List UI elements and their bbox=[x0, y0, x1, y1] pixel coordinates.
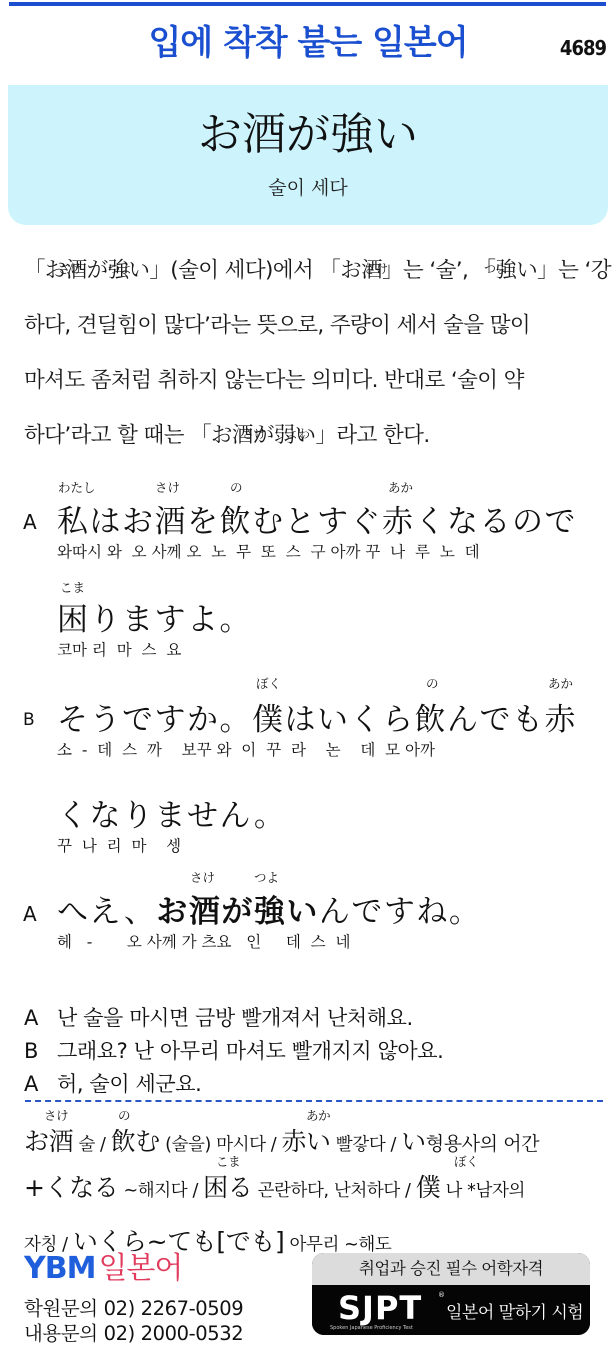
sentence-suffix: んですね。 bbox=[319, 894, 482, 930]
vocab-word: +くなる bbox=[24, 1173, 118, 1202]
translation-text: 허, 술이 세군요. bbox=[57, 1072, 201, 1096]
japanese-sentence: 私はお酒を飲むとすぐ赤くなるので bbox=[57, 496, 577, 541]
explanation-paragraph: さけ つよ さけ つよ 「お酒が強い」(술이 세다)에서 「お酒」는 ‘술’, … bbox=[24, 240, 599, 460]
ybm-logo: YBM일본어 bbox=[24, 1252, 182, 1286]
sentence-prefix: へえ、 bbox=[57, 894, 156, 930]
speaker-label: A bbox=[23, 902, 37, 926]
series-title: 입에 착착 붙는 일본어 bbox=[0, 20, 616, 66]
speaker-label: A bbox=[24, 1068, 57, 1101]
contact-phone: 02) 2267-0509 bbox=[104, 1297, 244, 1320]
logo-brand: YBM bbox=[24, 1251, 95, 1286]
furigana: あか bbox=[388, 478, 413, 496]
sjpt-label: 일본어 말하기 시험 bbox=[446, 1298, 583, 1323]
speaker-label: A bbox=[23, 510, 37, 534]
vocab-entries: +くなる ~해지다 / 困る 곤란하다, 난처하다 / 僕 나 *남자의 bbox=[24, 1168, 525, 1204]
sjpt-body: SJPT ® 일본어 말하기 시험 Spoken Japanese Profic… bbox=[312, 1285, 590, 1335]
japanese-sentence: そうですか。僕はいくら飲んでも赤 bbox=[57, 694, 577, 739]
vocab-meaning: 빨갛다 / bbox=[331, 1135, 402, 1155]
vocab-meaning: 곤란하다, 난처하다 / bbox=[252, 1181, 415, 1201]
explanation-line: 마셔도 좀처럼 취하지 않는다는 의미다. 반대로 ‘술이 약 bbox=[24, 350, 599, 405]
furigana: つよ bbox=[108, 242, 132, 297]
vocab-meaning: 나 *남자의 bbox=[440, 1181, 525, 1201]
registered-icon: ® bbox=[438, 1291, 445, 1299]
korean-reading: 와따시 와 오 사께 오 노 무 또 스 구 아까 꾸 나 루 노 데 bbox=[57, 540, 480, 562]
speaker-label: B bbox=[23, 710, 35, 730]
japanese-sentence: くなりません。 bbox=[57, 790, 286, 835]
korean-reading: 소 - 데 스 까 보꾸 와 이 꾸 라 논 데 모 아까 bbox=[57, 738, 435, 760]
sjpt-logo: SJPT bbox=[338, 1289, 422, 1327]
contact-label: 학원문의 bbox=[24, 1297, 98, 1320]
vocab-word: 赤い bbox=[281, 1127, 330, 1156]
vocab-meaning: 술 / bbox=[73, 1135, 111, 1155]
headline-box: お酒が強い 술이 세다 bbox=[8, 85, 608, 225]
translation-text: 난 술을 마시면 금방 빨개져서 난처해요. bbox=[57, 1006, 413, 1030]
vocab-meaning: 형용사의 어간 bbox=[426, 1133, 539, 1155]
contact-phone: 02) 2000-0532 bbox=[104, 1322, 244, 1345]
translation-row: A난 술을 마시면 금방 빨개져서 난처해요. bbox=[24, 1002, 443, 1035]
dashed-divider bbox=[25, 1100, 603, 1102]
vocab-word: 困る bbox=[203, 1173, 252, 1202]
vocab-word: 僕 bbox=[416, 1173, 441, 1202]
sjpt-ad-banner[interactable]: 취업과 승진 필수 어학자격 SJPT ® 일본어 말하기 시험 Spoken … bbox=[312, 1253, 590, 1335]
furigana: さけ bbox=[364, 242, 388, 297]
headline-japanese: お酒が強い bbox=[8, 107, 608, 163]
furigana: さけ bbox=[155, 478, 180, 496]
speaker-label: B bbox=[24, 1035, 57, 1068]
furigana: つよ bbox=[254, 868, 279, 886]
logo-suffix: 일본어 bbox=[98, 1251, 182, 1286]
speaker-label: A bbox=[24, 1002, 57, 1035]
translation-text: 그래요? 난 아무리 마셔도 빨개지지 않아요. bbox=[57, 1039, 443, 1063]
explanation-line: 하다, 견딜힘이 많다’라는 뜻으로, 주량이 세서 술을 많이 bbox=[24, 295, 599, 350]
explanation-text: 하다, 견딜힘이 많다’라는 뜻으로, 주량이 세서 술을 많이 bbox=[24, 311, 599, 341]
vocab-word: い bbox=[401, 1127, 426, 1156]
contact-academy: 학원문의 02) 2267-0509 bbox=[24, 1293, 243, 1321]
furigana: さけ bbox=[58, 242, 82, 297]
japanese-sentence: へえ、お酒が強いんですね。 bbox=[57, 886, 481, 931]
vocab-meaning: 아무리 ~해도 bbox=[284, 1235, 391, 1255]
korean-reading: 헤 - 오 사께 가 츠요 인 데 스 네 bbox=[57, 930, 350, 952]
key-expression: お酒が強い bbox=[156, 894, 319, 930]
furigana: わたし bbox=[58, 478, 96, 496]
sjpt-tagline: 취업과 승진 필수 어학자격 bbox=[312, 1253, 590, 1285]
explanation-text: 마셔도 좀처럼 취하지 않는다는 의미다. 반대로 ‘술이 약 bbox=[24, 366, 599, 396]
furigana: ぼく bbox=[256, 674, 281, 692]
vocab-word: お酒 bbox=[24, 1127, 73, 1156]
korean-translation: A난 술을 마시면 금방 빨개져서 난처해요. B그래요? 난 아무리 마셔도 … bbox=[24, 1002, 443, 1101]
top-rule bbox=[9, 2, 606, 6]
vocab-word: 飲む bbox=[111, 1127, 160, 1156]
furigana: さけ bbox=[190, 868, 215, 886]
furigana: つよ bbox=[484, 242, 508, 297]
explanation-line: さけ つよ さけ つよ 「お酒が強い」(술이 세다)에서 「お酒」는 ‘술’, … bbox=[24, 240, 599, 295]
explanation-text: 하다’라고 할 때는 「お酒が弱い」라고 한다. bbox=[24, 421, 599, 451]
contact-content: 내용문의 02) 2000-0532 bbox=[24, 1318, 243, 1346]
japanese-sentence: 困りますよ。 bbox=[57, 594, 252, 639]
korean-reading: 꾸 나 리 마 셍 bbox=[57, 834, 181, 856]
korean-reading: 코마 리 마 스 요 bbox=[57, 638, 181, 660]
explanation-line: さけ よわ 하다’라고 할 때는 「お酒が弱い」라고 한다. bbox=[24, 405, 599, 460]
sjpt-subtitle: Spoken Japanese Proficiency Test bbox=[330, 1325, 413, 1331]
furigana: あか bbox=[548, 674, 573, 692]
page-number: 4689 bbox=[560, 36, 606, 60]
furigana: さけ bbox=[242, 407, 266, 462]
translation-row: B그래요? 난 아무리 마셔도 빨개지지 않아요. bbox=[24, 1035, 443, 1068]
contact-label: 내용문의 bbox=[24, 1322, 98, 1345]
vocab-meaning: ~해지다 / bbox=[118, 1181, 203, 1201]
translation-row: A허, 술이 세군요. bbox=[24, 1068, 443, 1101]
furigana: の bbox=[230, 478, 243, 496]
furigana: よわ bbox=[286, 407, 310, 462]
furigana: の bbox=[426, 674, 439, 692]
headline-korean: 술이 세다 bbox=[8, 173, 608, 200]
